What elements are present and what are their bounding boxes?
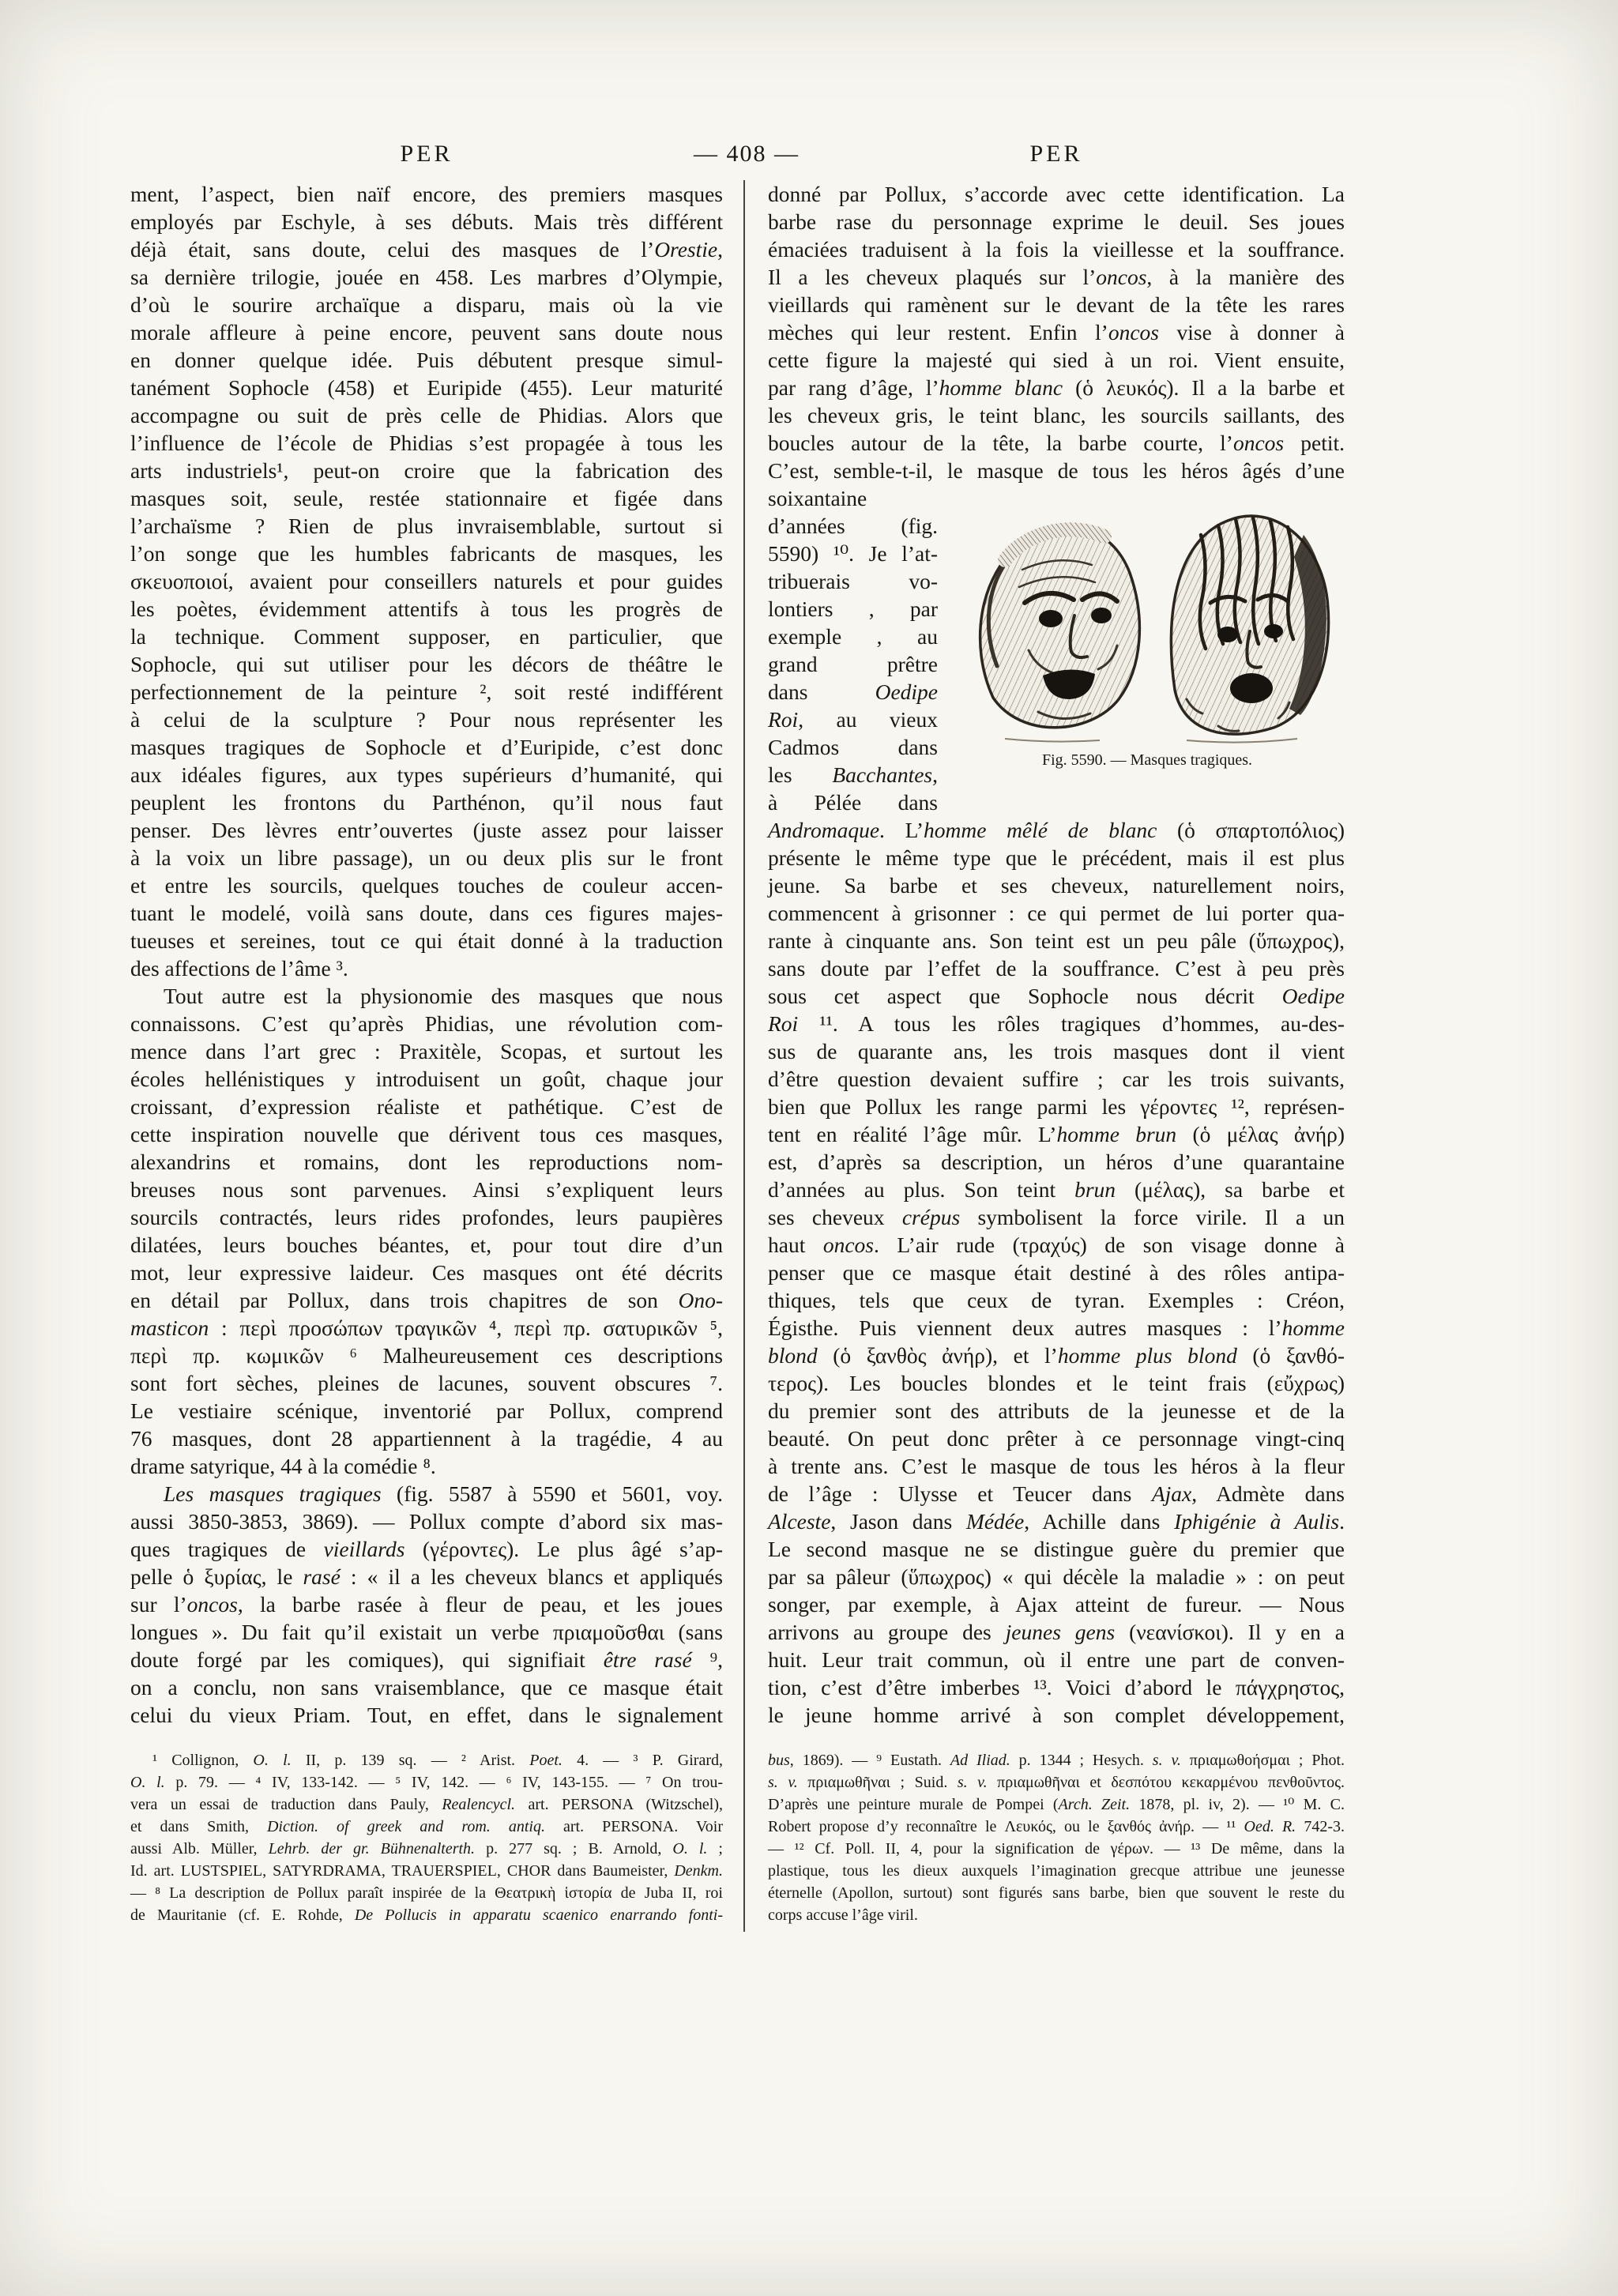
text-line: O. l. p. 79. — ⁴ IV, 133-142. — ⁵ IV, 14… — [130, 1771, 723, 1794]
text-line: bien que Pollux les range parmi les γέρο… — [768, 1093, 1345, 1120]
text-line: s. v. πριαμωθῆναι ; Suid. s. v. πριαμωθῆ… — [768, 1771, 1345, 1794]
text-line: Robert propose d’y reconnaître le Λευκός… — [768, 1816, 1345, 1838]
scanned-dictionary-page: PER — 408 — PER ment, l’aspect, bien naï… — [0, 0, 1618, 2296]
text-line: Il a les cheveux plaqués sur l’oncos, à … — [768, 263, 1345, 291]
text-line: aussi Alb. Müller, Lehrb. der gr. Bühnen… — [130, 1838, 723, 1860]
text-line: alexandrins et romains, dont les reprodu… — [130, 1148, 723, 1176]
text-line: à trente ans. C’est le masque de tous le… — [768, 1452, 1345, 1480]
text-line: Alceste, Jason dans Médée, Achille dans … — [768, 1507, 1345, 1535]
text-line: sus de quarante ans, les trois masques d… — [768, 1037, 1345, 1065]
text-line: croissant, d’expression réaliste et path… — [130, 1093, 723, 1120]
text-line: présente le même type que le précédent, … — [768, 844, 1345, 871]
text-line: mot, leur expressive laideur. Ces masque… — [130, 1259, 723, 1286]
text-line: ses cheveux crépus symbolisent la force … — [768, 1203, 1345, 1231]
text-line: cette figure la majesté qui sied à un ro… — [768, 346, 1345, 374]
text-line: pelle ὁ ξυρίας, le rasé : « il a les che… — [130, 1563, 723, 1590]
text-line: masques tragiques de Sophocle et d’Eurip… — [130, 733, 723, 761]
text-line: tanément Sophocle (458) et Euripide (455… — [130, 374, 723, 401]
text-line: longues ». Du fait qu’il existait un ver… — [130, 1618, 723, 1646]
text-line: bus, 1869). — ⁹ Eustath. Ad Iliad. p. 13… — [768, 1749, 1345, 1771]
tragic-masks-figure: Fig. 5590. — Masques tragiques. — [950, 484, 1345, 816]
text-line: drame satyrique, 44 à la comédie ⁸. — [130, 1452, 723, 1480]
figure-caption: Fig. 5590. — Masques tragiques. — [950, 750, 1345, 770]
text-line: 76 masques, dont 28 appartiennent à la t… — [130, 1425, 723, 1452]
text-line: ment, l’aspect, bien naïf encore, des pr… — [130, 180, 723, 208]
text-line: tion, c’est d’être imberbes ¹³. Voici d’… — [768, 1673, 1345, 1701]
text-line: d’où le sourire archaïque a disparu, mai… — [130, 291, 723, 318]
tragic-masks-illustration — [950, 484, 1345, 745]
text-line: en donner quelque idée. Puis débutent pr… — [130, 346, 723, 374]
text-line: vieillards qui ramènent sur le devant de… — [768, 291, 1345, 318]
text-line: sans doute par l’effet de la souffrance.… — [768, 954, 1345, 982]
text-line: Roi ¹¹. A tous les rôles tragiques d’hom… — [768, 1010, 1345, 1037]
text-line: du premier sont des attributs de la jeun… — [768, 1397, 1345, 1425]
text-line: cette inspiration nouvelle que dérivent … — [130, 1120, 723, 1148]
text-line: penser que ce masque était destiné à des… — [768, 1259, 1345, 1286]
text-line: est, d’après sa description, un héros d’… — [768, 1148, 1345, 1176]
text-line: tent en réalité l’âge mûr. L’homme brun … — [768, 1120, 1345, 1148]
text-line: blond (ὁ ξανθὸς ἀνήρ), et l’homme plus b… — [768, 1342, 1345, 1369]
text-line: connaissons. C’est qu’après Phidias, une… — [130, 1010, 723, 1037]
text-line: émaciées traduisent à la fois la vieille… — [768, 235, 1345, 263]
text-line: sont fort sèches, pleines de lacunes, so… — [130, 1369, 723, 1397]
text-line: l’influence de l’école de Phidias s’est … — [130, 429, 723, 457]
text-line: masques soit, seule, restée stationnaire… — [130, 484, 723, 512]
text-line: — ¹² Cf. Poll. II, 4, pour la significat… — [768, 1838, 1345, 1860]
text-line: accompagne ou suit de près celle de Phid… — [130, 401, 723, 429]
text-line: Sophocle, qui sut utiliser pour les déco… — [130, 650, 723, 678]
text-line: sous cet aspect que Sophocle nous décrit… — [768, 982, 1345, 1010]
text-line: et dans Smith, Diction. of greek and rom… — [130, 1816, 723, 1838]
text-line: ques tragiques de vieillards (γέροντες).… — [130, 1535, 723, 1563]
text-line: aux idéales figures, aux types supérieur… — [130, 761, 723, 789]
text-line: morale affleure à peine encore, peuvent … — [130, 318, 723, 346]
text-line: C’est, semble-t-il, le masque de tous le… — [768, 457, 1345, 484]
text-line: peuplent les frontons du Parthénon, qu’i… — [130, 789, 723, 816]
text-line: penser. Des lèvres entr’ouvertes (juste … — [130, 816, 723, 844]
text-line: Les masques tragiques (fig. 5587 à 5590 … — [130, 1480, 723, 1507]
text-line: thiques, tels que ceux de tyran. Exemple… — [768, 1286, 1345, 1314]
left-column: ment, l’aspect, bien naïf encore, des pr… — [130, 180, 723, 1926]
text-line: Égisthe. Puis viennent deux autres masqu… — [768, 1314, 1345, 1342]
text-line: de Mauritanie (cf. E. Rohde, De Pollucis… — [130, 1904, 723, 1926]
column-divider-rule — [743, 180, 745, 1932]
text-line: Le second masque ne se distingue guère d… — [768, 1535, 1345, 1563]
text-line: vera un essai de traduction dans Pauly, … — [130, 1794, 723, 1816]
text-line: corps accuse l’âge viril. — [768, 1904, 1345, 1926]
text-line: rante à cinquante ans. Son teint est un … — [768, 927, 1345, 954]
text-line: — ⁸ La description de Pollux paraît insp… — [130, 1882, 723, 1904]
text-line: d’être question devaient suffire ; car l… — [768, 1065, 1345, 1093]
text-line: écoles hellénistiques y introduisent un … — [130, 1065, 723, 1093]
text-line: la technique. Comment supposer, en parti… — [130, 623, 723, 650]
text-line: de l’âge : Ulysse et Teucer dans Ajax, A… — [768, 1480, 1345, 1507]
text-line: songer, par exemple, à Ajax atteint de f… — [768, 1590, 1345, 1618]
text-line: aussi 3850-3853, 3869). — Pollux compte … — [130, 1507, 723, 1535]
text-line: éternelle (Apollon, surtout) sont figuré… — [768, 1882, 1345, 1904]
text-line: commencent à grisonner : ce qui permet d… — [768, 899, 1345, 927]
text-line: le jeune homme arrivé à son complet déve… — [768, 1701, 1345, 1729]
text-line: breuses nous sont parvenues. Ainsi s’exp… — [130, 1176, 723, 1203]
text-line: perfectionnement de la peinture ², soit … — [130, 678, 723, 706]
text-line: Andromaque. L’homme mêlé de blanc (ὁ σπα… — [768, 816, 1345, 844]
text-line: dilatées, leurs bouches béantes, et, pou… — [130, 1231, 723, 1259]
text-line: beauté. On peut donc prêter à ce personn… — [768, 1425, 1345, 1452]
right-mask — [1171, 516, 1328, 734]
left-column-main-text: ment, l’aspect, bien naïf encore, des pr… — [130, 180, 723, 1729]
text-line: et entre les sourcils, quelques touches … — [130, 871, 723, 899]
right-column-text-above-figure: donné par Pollux, s’accorde avec cette i… — [768, 180, 1345, 484]
text-line: l’on songe que les humbles fabricants de… — [130, 540, 723, 567]
text-line: déjà était, sans doute, celui des masque… — [130, 235, 723, 263]
text-line: à celui de la sculpture ? Pour nous repr… — [130, 706, 723, 733]
text-line: huit. Leur trait commun, où il entre une… — [768, 1646, 1345, 1673]
text-line: tueuses et sereines, tout ce qui était d… — [130, 927, 723, 954]
text-line: on a conclu, non sans vraisemblance, que… — [130, 1673, 723, 1701]
right-column: donné par Pollux, s’accorde avec cette i… — [768, 180, 1345, 1926]
left-mask — [980, 526, 1140, 727]
text-line: jeune. Sa barbe et ses cheveux, naturell… — [768, 871, 1345, 899]
text-line: Id. art. LUSTSPIEL, SATYRDRAMA, TRAUERSP… — [130, 1860, 723, 1882]
running-title-right: PER — [768, 141, 1345, 167]
text-line: les cheveux gris, le teint blanc, les so… — [768, 401, 1345, 429]
text-line: masticon : περὶ προσώπων τραγικῶν ⁴, περ… — [130, 1314, 723, 1342]
text-line: barbe rase du personnage exprime le deui… — [768, 208, 1345, 235]
text-line: employés par Eschyle, à ses débuts. Mais… — [130, 208, 723, 235]
text-line: sur l’oncos, la barbe rasée à fleur de p… — [130, 1590, 723, 1618]
text-line: les poètes, évidemment attentifs à tous … — [130, 595, 723, 623]
text-line: Le vestiaire scénique, inventorié par Po… — [130, 1397, 723, 1425]
text-line: arts industriels¹, peut-on croire que la… — [130, 457, 723, 484]
text-line: en détail par Pollux, dans trois chapitr… — [130, 1286, 723, 1314]
text-line: τερος). Les boucles blondes et le teint … — [768, 1369, 1345, 1397]
left-column-footnotes: ¹ Collignon, O. l. II, p. 139 sq. — ² Ar… — [130, 1749, 723, 1926]
text-line: D’après une peinture murale de Pompei (A… — [768, 1794, 1345, 1816]
text-line: tuant le modelé, voilà sans doute, dans … — [130, 899, 723, 927]
text-line: d’années au plus. Son teint brun (μέλας)… — [768, 1176, 1345, 1203]
text-line: par sa pâleur (ὕπωχρος) « qui décèle la … — [768, 1563, 1345, 1590]
text-line: des affections de l’âme ³. — [130, 954, 723, 982]
text-line: plastique, tous les dieux auxquels l’ima… — [768, 1860, 1345, 1882]
text-line: mence dans l’art grec : Praxitèle, Scopa… — [130, 1037, 723, 1065]
text-line: περὶ πρ. κωμικῶν ⁶ Malheureusement ces d… — [130, 1342, 723, 1369]
text-line: par rang d’âge, l’homme blanc (ὁ λευκός)… — [768, 374, 1345, 401]
text-line: sa dernière trilogie, jouée en 458. Les … — [130, 263, 723, 291]
text-line: sourcils contractés, leurs rides profond… — [130, 1203, 723, 1231]
text-line: doute forgé par les comiques), qui signi… — [130, 1646, 723, 1673]
text-line: donné par Pollux, s’accorde avec cette i… — [768, 180, 1345, 208]
text-line: à la voix un libre passage), un ou deux … — [130, 844, 723, 871]
text-line: haut oncos. L’air rude (τραχύς) de son v… — [768, 1231, 1345, 1259]
text-line: arrivons au groupe des jeunes gens (νεαν… — [768, 1618, 1345, 1646]
text-line: Tout autre est la physionomie des masque… — [130, 982, 723, 1010]
text-line: mèches qui leur restent. Enfin l’oncos v… — [768, 318, 1345, 346]
text-line: boucles autour de la tête, la barbe cour… — [768, 429, 1345, 457]
text-line: ¹ Collignon, O. l. II, p. 139 sq. — ² Ar… — [130, 1749, 723, 1771]
text-line: celui du vieux Priam. Tout, en effet, da… — [130, 1701, 723, 1729]
text-line: l’archaïsme ? Rien de plus invraisemblab… — [130, 512, 723, 540]
right-column-footnotes: bus, 1869). — ⁹ Eustath. Ad Iliad. p. 13… — [768, 1749, 1345, 1926]
text-line: σκευοποιοί, avaient pour conseillers nat… — [130, 567, 723, 595]
